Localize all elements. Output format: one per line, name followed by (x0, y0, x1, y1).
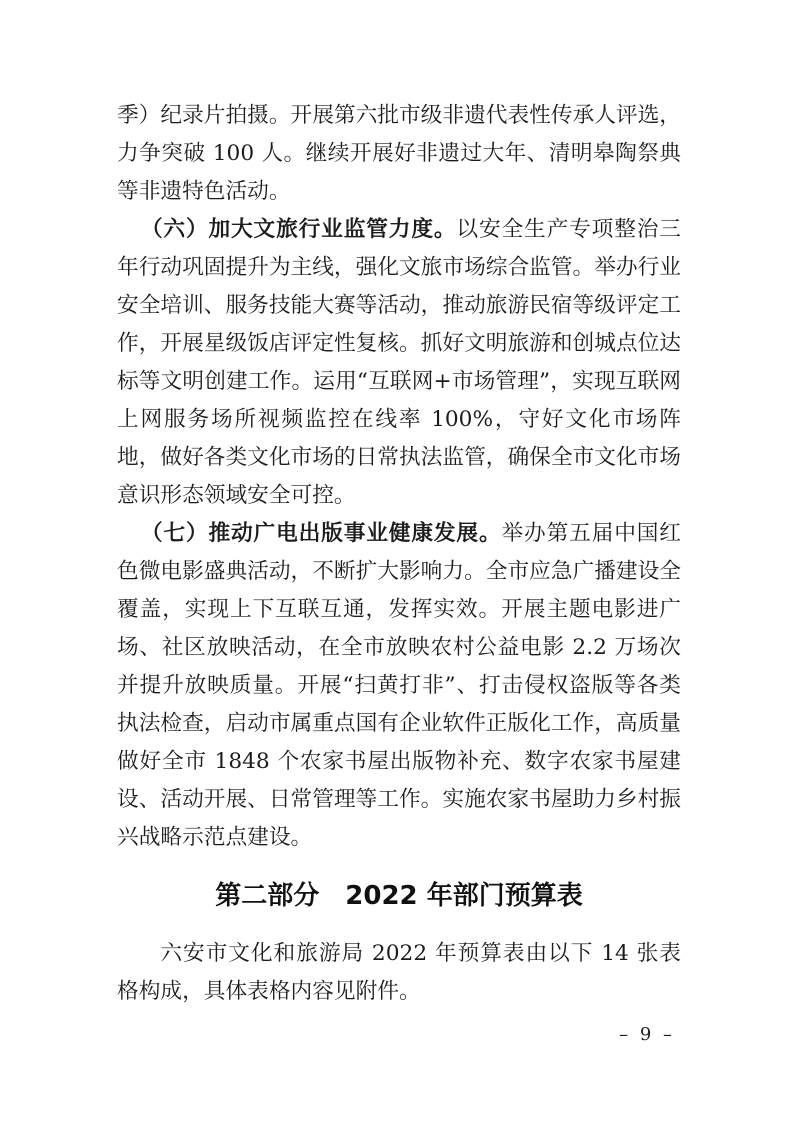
paragraph-text: 举办第五届中国红色微电影盛典活动，不断扩大影响力。全市应急广播建设全覆盖，实现上… (117, 521, 681, 850)
body-paragraph: （六）加大文旅行业监管力度。以安全生产专项整治三年行动巩固提升为主线，强化文旅市… (117, 211, 681, 515)
body-paragraph: 季）纪录片拍摄。开展第六批市级非遗代表性传承人评选，力争突破 100 人。继续开… (117, 97, 681, 211)
closing-paragraph: 六安市文化和旅游局 2022 年预算表由以下 14 张表格构成，具体表格内容见附… (117, 935, 681, 1011)
paragraph-text: 以安全生产专项整治三年行动巩固提升为主线，强化文旅市场综合监管。举办行业安全培训… (117, 217, 681, 508)
paragraph-lead: （七）推动广电出版事业健康发展。 (141, 521, 502, 546)
paragraph-text: 季）纪录片拍摄。开展第六批市级非遗代表性传承人评选，力争突破 100 人。继续开… (117, 103, 681, 204)
paragraph-lead: （六）加大文旅行业监管力度。 (141, 217, 457, 242)
body-paragraph: （七）推动广电出版事业健康发展。举办第五届中国红色微电影盛典活动，不断扩大影响力… (117, 515, 681, 857)
document-page: 季）纪录片拍摄。开展第六批市级非遗代表性传承人评选，力争突破 100 人。继续开… (0, 0, 793, 1122)
document-body: 季）纪录片拍摄。开展第六批市级非遗代表性传承人评选，力争突破 100 人。继续开… (117, 97, 681, 1011)
page-number: – 9 – (619, 1024, 675, 1046)
section-heading: 第二部分 2022 年部门预算表 (117, 877, 681, 915)
